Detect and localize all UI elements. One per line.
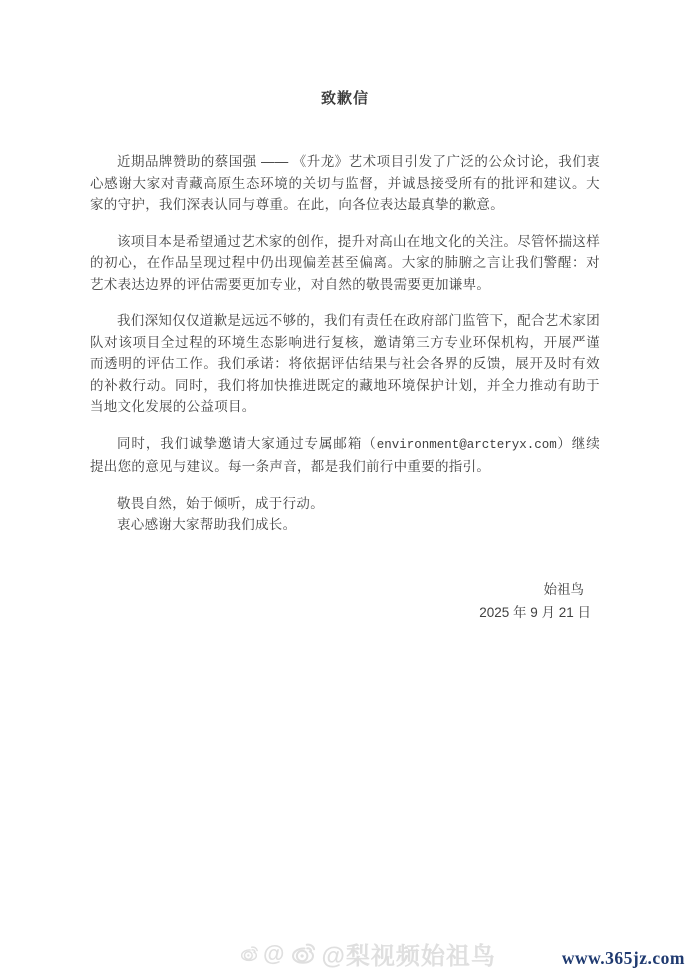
letter-paragraph-3: 我们深知仅仅道歉是远远不够的，我们有责任在政府部门监管下，配合艺术家团队对该项目… <box>90 310 600 418</box>
closing-line-1: 敬畏自然，始于倾听，成于行动。 <box>90 493 600 515</box>
paragraph-4-text-before-email: 同时，我们诚挚邀请大家通过专属邮箱（ <box>117 436 377 451</box>
closing-line-2: 衷心感谢大家帮助我们成长。 <box>90 514 600 536</box>
site-watermark-url: www.365jz.com <box>562 948 685 969</box>
weibo-icon <box>238 943 260 965</box>
weibo-icon <box>288 939 318 969</box>
watermark-account-text: @梨视频始祖鸟 <box>321 936 495 971</box>
letter-paragraph-1: 近期品牌赞助的蔡国强 —— 《升龙》艺术项目引发了广泛的公众讨论，我们衷心感谢大… <box>90 151 600 216</box>
signature-date: 2025 年 9 月 21 日 <box>90 601 600 624</box>
letter-title: 致歉信 <box>90 0 600 109</box>
contact-email: environment@arcteryx.com <box>377 438 557 452</box>
letter-paragraph-4: 同时，我们诚挚邀请大家通过专属邮箱（environment@arcteryx.c… <box>90 433 600 478</box>
apology-letter-page: 致歉信 近期品牌赞助的蔡国强 —— 《升龙》艺术项目引发了广泛的公众讨论，我们衷… <box>0 0 690 976</box>
letter-paragraph-2: 该项目本是希望通过艺术家的创作，提升对高山在地文化的关注。尽管怀揣这样的初心，在… <box>90 231 600 296</box>
signature-block: 始祖鸟 2025 年 9 月 21 日 <box>90 578 600 624</box>
social-watermark: @ @梨视频始祖鸟 <box>238 936 496 971</box>
signature-name: 始祖鸟 <box>90 578 600 601</box>
watermark-at-symbol: @ <box>263 941 285 967</box>
